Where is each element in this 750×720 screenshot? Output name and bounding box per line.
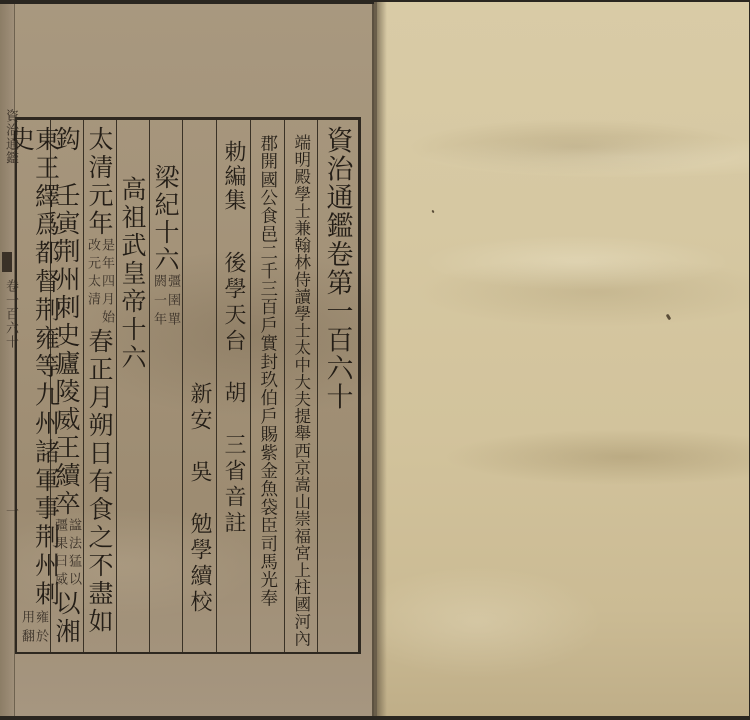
note-right: 是年四月始 [100, 238, 113, 328]
note-right: 雍於 [34, 610, 47, 648]
column-chronicle: 梁紀十六 彊圉單 閼一年 [149, 164, 182, 648]
column-text-3: 東王繹爲都督荆雍等九州諸軍事荆州刺史 雍於 用翻 [17, 126, 50, 648]
main-text: 東王繹爲都督荆雍等九州諸軍事荆州刺史 [9, 126, 59, 610]
note-left: 改元太清 [86, 238, 99, 328]
main-text: 太清元年 [87, 126, 112, 238]
paper-speck [666, 314, 672, 321]
commentator-credit: 後學天台 胡 三省音註 [222, 251, 244, 537]
left-page: 資治通鑑 卷一百六十 一 資治通鑑卷第一百六十 端明殿學士兼翰林侍讀學士太中大夫… [0, 4, 374, 716]
paper-speck [431, 210, 434, 214]
text-frame: 資治通鑑卷第一百六十 端明殿學士兼翰林侍讀學士太中大夫提舉西京嵩山崇福宮上柱國河… [15, 117, 361, 654]
chronicle-title: 梁紀十六 [153, 164, 178, 274]
column-author-1: 端明殿學士兼翰林侍讀學士太中大夫提舉西京嵩山崇福宮上柱國河內 [284, 134, 317, 648]
interlinear-note: 彊圉單 閼一年 [152, 274, 179, 331]
column-author-2: 郡開國公食邑二千三百戶實封玖伯戶賜紫金魚袋臣司馬光奉 [250, 134, 284, 648]
volume-title: 資治通鑑卷第一百六十 [324, 126, 351, 411]
interlinear-note: 是年四月始 改元太清 [86, 238, 113, 328]
author-fief: 郡開國公食邑二千三百戶實封玖伯戶賜紫金魚袋臣司馬光奉 [258, 134, 276, 607]
imperial-compilation: 勅編集 [222, 140, 244, 213]
collator-credit: 新安 吳 勉學續校 [188, 382, 210, 616]
note-right: 彊圉單 [166, 274, 179, 331]
main-text: 春正月朔日有食之不盡如 [87, 328, 112, 636]
gutter-shadow [377, 2, 387, 716]
emperor-title: 高祖武皇帝十六 [120, 176, 145, 372]
book-spread: 資治通鑑 卷一百六十 一 資治通鑑卷第一百六十 端明殿學士兼翰林侍讀學士太中大夫… [0, 0, 750, 720]
note-left: 用翻 [20, 610, 33, 648]
column-collator: 新安 吳 勉學續校 [182, 382, 216, 648]
note-left: 閼一年 [152, 274, 165, 331]
note-right: 諡法猛以 [67, 518, 80, 590]
column-title: 資治通鑑卷第一百六十 [317, 126, 357, 648]
column-emperor: 高祖武皇帝十六 [116, 176, 149, 648]
column-text-1: 太清元年 是年四月始 改元太清 春正月朔日有食之不盡如 [83, 126, 116, 648]
author-titles: 端明殿學士兼翰林侍讀學士太中大夫提舉西京嵩山崇福宮上柱國河內 [292, 134, 309, 647]
column-commentator: 勅編集 後學天台 胡 三省音註 [216, 140, 250, 537]
interlinear-note: 雍於 用翻 [20, 610, 47, 648]
right-page-blank-flyleaf [374, 2, 749, 716]
